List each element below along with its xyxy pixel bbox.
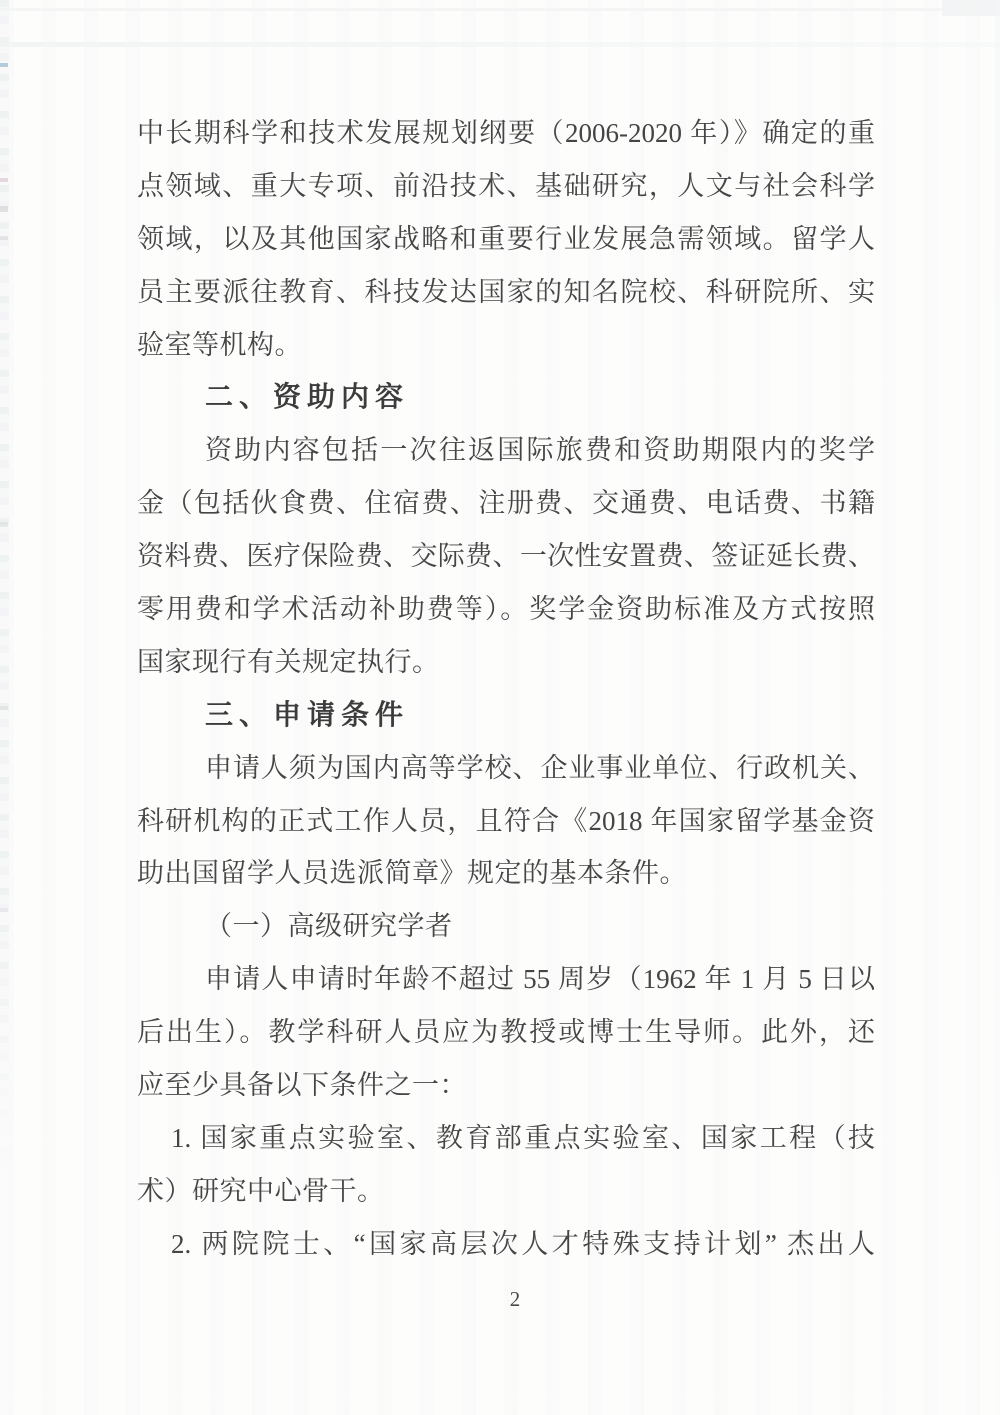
text-line: 资料费、医疗保险费、交际费、一次性安置费、签证延长费、	[137, 530, 875, 583]
section-heading: 二、资助内容	[137, 371, 875, 424]
text-line: 员主要派往教育、科技发达国家的知名院校、科研院所、实	[137, 266, 875, 319]
text-line: 中长期科学和技术发展规划纲要（2006-2020 年）》确定的重	[137, 107, 875, 160]
scan-artifact	[0, 236, 8, 240]
text-line: 零用费和学术活动补助费等）。奖学金资助标准及方式按照	[137, 583, 875, 636]
text-line: 1. 国家重点实验室、教育部重点实验室、国家工程（技	[137, 1112, 875, 1165]
scan-left-edge-artifact	[0, 0, 9, 1175]
scan-right-edge-artifact	[995, 0, 1000, 1415]
text-line: 助出国留学人员选派简章》规定的基本条件。	[137, 847, 875, 900]
scan-artifact	[0, 63, 8, 67]
scanned-document-page: 中长期科学和技术发展规划纲要（2006-2020 年）》确定的重点领域、重大专项…	[0, 0, 1000, 1415]
text-line: 资助内容包括一次往返国际旅费和资助期限内的奖学	[137, 424, 875, 477]
scan-top-streak	[0, 42, 1000, 47]
text-line: 2. 两院院士、“国家高层次人才特殊支持计划” 杰出人	[137, 1218, 875, 1271]
document-body: 中长期科学和技术发展规划纲要（2006-2020 年）》确定的重点领域、重大专项…	[137, 107, 875, 1271]
text-line: 申请人须为国内高等学校、企业事业单位、行政机关、	[137, 742, 875, 795]
scan-artifact	[0, 706, 8, 710]
text-line: 领域，以及其他国家战略和重要行业发展急需领域。留学人	[137, 213, 875, 266]
scan-artifact	[0, 178, 8, 182]
text-line: （一）高级研究学者	[137, 900, 875, 953]
section-heading: 三、申请条件	[137, 689, 875, 742]
text-line: 术）研究中心骨干。	[137, 1165, 875, 1218]
scan-artifact	[0, 908, 8, 912]
text-line: 点领域、重大专项、前沿技术、基础研究，人文与社会科学	[137, 160, 875, 213]
text-line: 申请人申请时年龄不超过 55 周岁（1962 年 1 月 5 日以	[137, 953, 875, 1006]
page-number: 2	[470, 1287, 560, 1312]
text-line: 后出生）。教学科研人员应为教授或博士生导师。此外，还	[137, 1006, 875, 1059]
text-line: 验室等机构。	[137, 319, 875, 372]
text-line: 科研机构的正式工作人员，且符合《2018 年国家留学基金资	[137, 795, 875, 848]
scan-top-streak	[0, 8, 1000, 11]
text-line: 国家现行有关规定执行。	[137, 636, 875, 689]
scan-artifact	[0, 522, 8, 527]
text-line: 应至少具备以下条件之一：	[137, 1059, 875, 1112]
scan-artifact	[0, 206, 8, 212]
text-line: 金（包括伙食费、住宿费、注册费、交通费、电话费、书籍	[137, 477, 875, 530]
scan-corner-patch	[942, 0, 1000, 16]
